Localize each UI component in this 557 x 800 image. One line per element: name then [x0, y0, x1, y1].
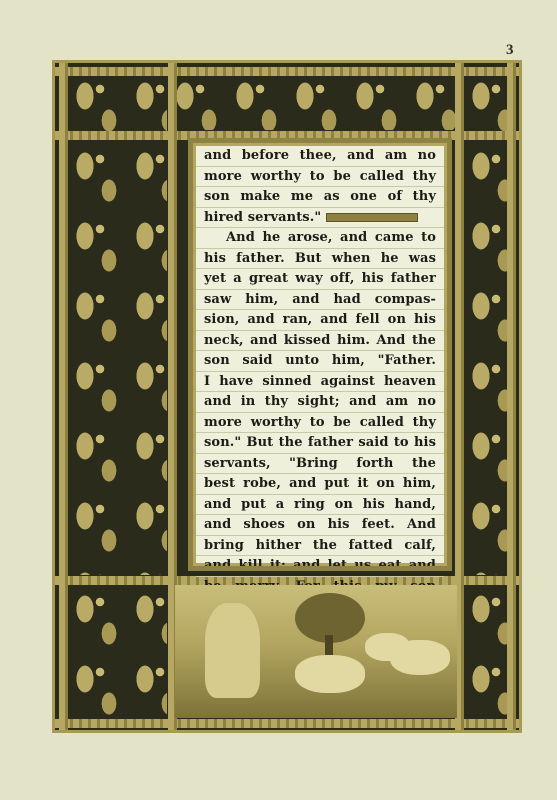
text-line: I have sinned against heaven	[196, 372, 444, 393]
acanthus-corner-bottom-right	[463, 588, 511, 718]
text-line: best robe, and put it on him,	[196, 474, 444, 495]
frame-rail-right	[507, 63, 516, 730]
frame-rail-bottom	[55, 719, 519, 728]
frame-rail-upper	[55, 131, 519, 140]
frame-rail-top	[55, 67, 519, 76]
text-line: more worthy to be called thy	[196, 167, 444, 188]
seated-figure	[205, 603, 260, 698]
text-line: and shoes on his feet. And	[196, 515, 444, 536]
text-line: and in thy sight; and am no	[196, 392, 444, 413]
page-number: 3	[506, 42, 514, 59]
text-line: more worthy to be called thy	[196, 413, 444, 434]
text-line: his father. But when he was	[196, 249, 444, 270]
prodigal-son-illustration	[175, 585, 457, 718]
text-line: and put a ring on his hand,	[196, 495, 444, 516]
text-line: saw him, and had compas-	[196, 290, 444, 311]
text-line: yet a great way off, his father	[196, 269, 444, 290]
text-line: bring hither the fatted calf,	[196, 536, 444, 557]
text-line: sion, and ran, and fell on his	[196, 310, 444, 331]
pig	[295, 655, 365, 693]
text-line: servants, "Bring forth the	[196, 454, 444, 475]
oak-leaf-border-left	[67, 75, 167, 575]
scripture-text-panel: and before thee, and am no more worthy t…	[193, 143, 447, 566]
text-line: son make me as one of thy	[196, 187, 444, 208]
frame-rail-left	[59, 63, 68, 730]
text-line: son." But the father said to his	[196, 433, 444, 454]
text-line: son said unto him, "Father.	[196, 351, 444, 372]
text-line: and before thee, and am no	[196, 146, 444, 167]
acanthus-corner-bottom-left	[67, 588, 167, 718]
pig	[365, 633, 410, 661]
oak-leaf-border-right	[463, 75, 511, 575]
oak-leaf-border-top	[167, 75, 463, 130]
text-line: And he arose, and came to	[196, 228, 444, 249]
line-filler-ornament	[326, 213, 418, 222]
text-line: and kill it; and let us eat and	[196, 556, 444, 577]
text-line: neck, and kissed him. And the	[196, 331, 444, 352]
text-line: hired servants."	[196, 208, 444, 229]
